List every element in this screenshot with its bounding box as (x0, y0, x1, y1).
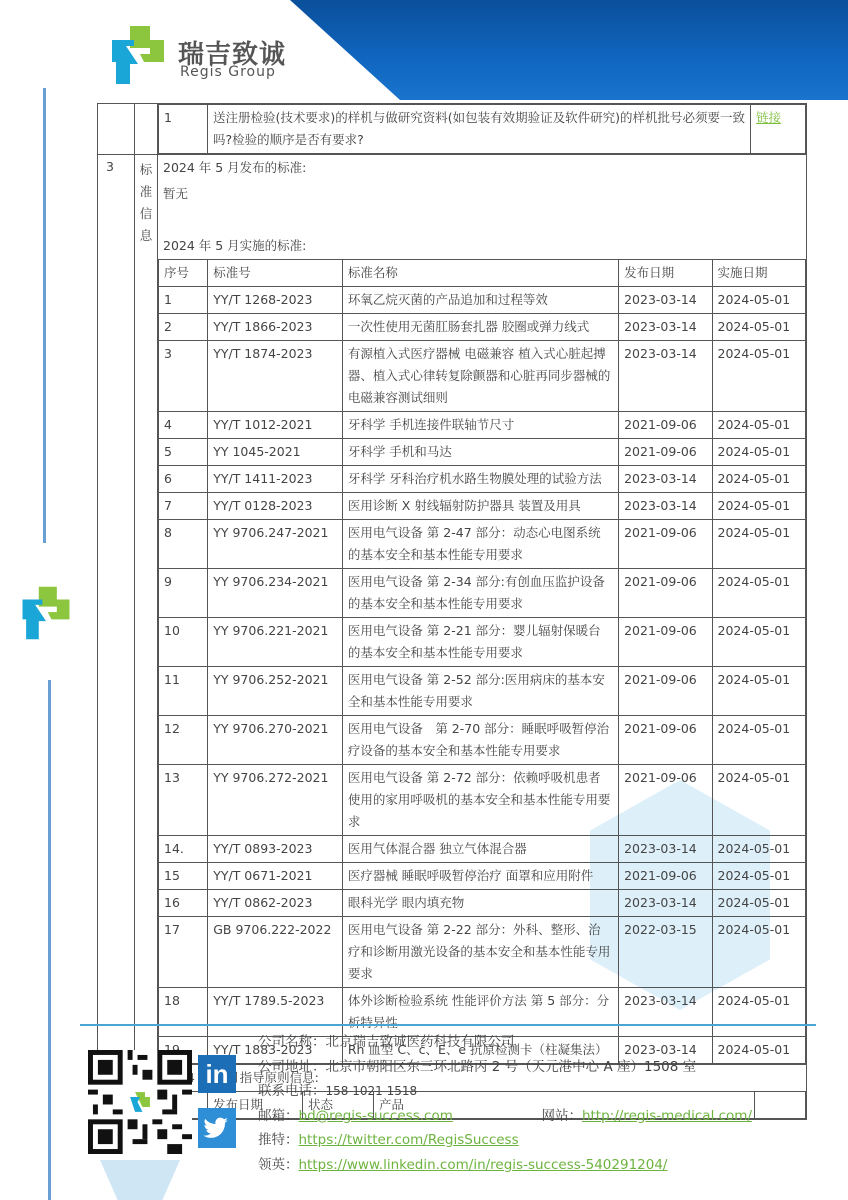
left-accent-line (48, 680, 51, 1200)
standard-name: 医用电气设备 第 2-21 部分：婴儿辐射保暖台的基本安全和基本性能专用要求 (342, 618, 618, 667)
twitter-icon[interactable] (198, 1108, 236, 1148)
standard-name: 医用电气设备 第 2-47 部分：动态心电图系统的基本安全和基本性能专用要求 (342, 520, 618, 569)
qa-table: 1 送注册检验(技术要求)的样机与做研究资料(如包装有效期验证及软件研究)的样机… (158, 104, 806, 154)
publish-date: 2021-09-06 (619, 412, 712, 439)
linkedin-link[interactable]: https://www.linkedin.com/in/regis-succes… (299, 1157, 668, 1173)
effective-date: 2024-05-01 (712, 341, 805, 412)
table-row: 6YY/T 1411-2023牙科学 牙科治疗机水路生物膜处理的试验方法2023… (159, 466, 806, 493)
effective-date: 2024-05-01 (712, 569, 805, 618)
standard-code: YY/T 1411-2023 (208, 466, 343, 493)
standard-index: 5 (159, 439, 208, 466)
standard-index: 2 (159, 314, 208, 341)
section-3-row: 3 标 准 信 息 2024 年 5 月发布的标准: 暂无 2024 年 5 月… (98, 155, 807, 1065)
qr-code-icon (88, 1050, 192, 1154)
email-website-row: 邮箱：bd@regis-success.com 网站：http://regis-… (258, 1104, 752, 1129)
standard-index: 11 (159, 667, 208, 716)
publish-date: 2021-09-06 (619, 667, 712, 716)
standards-table: 序号 标准号 标准名称 发布日期 实施日期 1YY/T 1268-2023环氧乙… (158, 259, 806, 1064)
published-heading: 2024 年 5 月发布的标准: (158, 155, 806, 181)
standard-name: 环氧乙烷灭菌的产品追加和过程等效 (342, 287, 618, 314)
section-number (98, 104, 135, 155)
standard-name: 牙科学 手机和马达 (342, 439, 618, 466)
table-row: 1YY/T 1268-2023环氧乙烷灭菌的产品追加和过程等效2023-03-1… (159, 287, 806, 314)
effective-date: 2024-05-01 (712, 765, 805, 836)
standard-name: 医疗器械 睡眠呼吸暂停治疗 面罩和应用附件 (342, 863, 618, 890)
footer-contact-info: 公司名称：北京瑞吉致诚医药科技有限公司 公司地址：北京市朝阳区东三环北路丙 2 … (258, 1030, 752, 1177)
standard-name: 医用电气设备 第 2-34 部分:有创血压监护设备的基本安全和基本性能专用要求 (342, 569, 618, 618)
standard-index: 12 (159, 716, 208, 765)
standard-index: 3 (159, 341, 208, 412)
table-row: 15YY/T 0671-2021医疗器械 睡眠呼吸暂停治疗 面罩和应用附件202… (159, 863, 806, 890)
col-header: 标准名称 (342, 260, 618, 287)
publish-date: 2021-09-06 (619, 520, 712, 569)
table-row: 14.YY/T 0893-2023医用气体混合器 独立气体混合器2023-03-… (159, 836, 806, 863)
section-number: 3 (98, 155, 135, 1065)
standard-name: 牙科学 手机连接件联轴节尺寸 (342, 412, 618, 439)
col-header: 序号 (159, 260, 208, 287)
table-row: 2YY/T 1866-2023一次性使用无菌肛肠套扎器 胶圈或弹力线式2023-… (159, 314, 806, 341)
standard-code: YY 9706.247-2021 (208, 520, 343, 569)
left-accent-line (43, 88, 46, 543)
standard-index: 18 (159, 988, 208, 1037)
twitter-row: 推特：https://twitter.com/RegisSuccess (258, 1128, 752, 1153)
standard-index: 13 (159, 765, 208, 836)
standard-index: 17 (159, 917, 208, 988)
standard-code: YY/T 1866-2023 (208, 314, 343, 341)
publish-date: 2021-09-06 (619, 716, 712, 765)
table-row: 9YY 9706.234-2021医用电气设备 第 2-34 部分:有创血压监护… (159, 569, 806, 618)
standard-index: 4 (159, 412, 208, 439)
company-name: 北京瑞吉致诚医药科技有限公司 (326, 1034, 515, 1050)
standard-index: 8 (159, 520, 208, 569)
standards-body: 1YY/T 1268-2023环氧乙烷灭菌的产品追加和过程等效2023-03-1… (159, 287, 806, 1064)
standard-name: 医用电气设备 第 2-22 部分：外科、整形、治疗和诊断用激光设备的基本安全和基… (342, 917, 618, 988)
section-category (135, 104, 158, 155)
effective-date: 2024-05-01 (712, 314, 805, 341)
standard-code: YY/T 1268-2023 (208, 287, 343, 314)
standard-code: YY/T 1874-2023 (208, 341, 343, 412)
footer-divider (80, 1024, 816, 1026)
standard-index: 14. (159, 836, 208, 863)
col-header: 发布日期 (619, 260, 712, 287)
publish-date: 2023-03-14 (619, 890, 712, 917)
qa-link[interactable]: 链接 (756, 110, 781, 125)
effective-date: 2024-05-01 (712, 466, 805, 493)
standard-index: 6 (159, 466, 208, 493)
standard-name: 医用电气设备 第 2-52 部分:医用病床的基本安全和基本性能专用要求 (342, 667, 618, 716)
linkedin-row: 领英：https://www.linkedin.com/in/regis-suc… (258, 1153, 752, 1178)
email-link[interactable]: bd@regis-success.com (299, 1108, 453, 1124)
standard-name: 医用电气设备 第 2-72 部分：依赖呼吸机患者使用的家用呼吸机的基本安全和基本… (342, 765, 618, 836)
standard-name: 牙科学 牙科治疗机水路生物膜处理的试验方法 (342, 466, 618, 493)
standard-code: YY 9706.270-2021 (208, 716, 343, 765)
standard-name: 眼科光学 眼内填充物 (342, 890, 618, 917)
regis-logo-icon (108, 24, 168, 86)
standard-name: 一次性使用无菌肛肠套扎器 胶圈或弹力线式 (342, 314, 618, 341)
effective-date: 2024-05-01 (712, 287, 805, 314)
table-row: 5YY 1045-2021牙科学 手机和马达2021-09-062024-05-… (159, 439, 806, 466)
effective-date: 2024-05-01 (712, 412, 805, 439)
publish-date: 2023-03-14 (619, 466, 712, 493)
table-header-row: 序号 标准号 标准名称 发布日期 实施日期 (159, 260, 806, 287)
table-row: 7YY/T 0128-2023医用诊断 X 射线辐射防护器具 装置及用具2023… (159, 493, 806, 520)
effective-date: 2024-05-01 (712, 618, 805, 667)
phone-row: 联系电话：158 1021 1518 (258, 1079, 752, 1104)
prev-section-row: 1 送注册检验(技术要求)的样机与做研究资料(如包装有效期验证及软件研究)的样机… (98, 104, 807, 155)
standard-code: YY/T 0671-2021 (208, 863, 343, 890)
col-header: 标准号 (208, 260, 343, 287)
publish-date: 2023-03-14 (619, 287, 712, 314)
standard-index: 16 (159, 890, 208, 917)
qa-index: 1 (159, 105, 208, 154)
effective-date: 2024-05-01 (712, 716, 805, 765)
published-none: 暂无 (158, 181, 806, 207)
standard-index: 1 (159, 287, 208, 314)
col-header: 实施日期 (712, 260, 805, 287)
publish-date: 2021-09-06 (619, 765, 712, 836)
publish-date: 2023-03-14 (619, 493, 712, 520)
standard-index: 7 (159, 493, 208, 520)
effective-date: 2024-05-01 (712, 667, 805, 716)
standard-code: YY 9706.272-2021 (208, 765, 343, 836)
table-row: 11YY 9706.252-2021医用电气设备 第 2-52 部分:医用病床的… (159, 667, 806, 716)
standard-code: YY/T 1012-2021 (208, 412, 343, 439)
standard-code: YY/T 0862-2023 (208, 890, 343, 917)
standard-name: 有源植入式医疗器械 电磁兼容 植入式心脏起搏器、植入式心律转复除颤器和心脏再同步… (342, 341, 618, 412)
website-link[interactable]: http://regis-medical.com/ (582, 1108, 752, 1124)
publish-date: 2023-03-14 (619, 314, 712, 341)
table-row: 17GB 9706.222-2022医用电气设备 第 2-22 部分：外科、整形… (159, 917, 806, 988)
twitter-link[interactable]: https://twitter.com/RegisSuccess (299, 1132, 519, 1148)
qr-decoration (100, 1160, 180, 1200)
standard-index: 9 (159, 569, 208, 618)
table-row: 13YY 9706.272-2021医用电气设备 第 2-72 部分：依赖呼吸机… (159, 765, 806, 836)
table-row: 4YY/T 1012-2021牙科学 手机连接件联轴节尺寸2021-09-062… (159, 412, 806, 439)
publish-date: 2021-09-06 (619, 618, 712, 667)
standard-name: 医用气体混合器 独立气体混合器 (342, 836, 618, 863)
standard-index: 15 (159, 863, 208, 890)
standard-index: 10 (159, 618, 208, 667)
company-address: 北京市朝阳区东三环北路丙 2 号（天元港中心 A 座）1508 室 (326, 1059, 697, 1075)
effective-date: 2024-05-01 (712, 863, 805, 890)
standard-code: YY/T 0893-2023 (208, 836, 343, 863)
standard-code: YY 1045-2021 (208, 439, 343, 466)
brand-name-en: Regis Group (180, 64, 276, 80)
effective-date: 2024-05-01 (712, 493, 805, 520)
effective-heading: 2024 年 5 月实施的标准: (158, 233, 806, 259)
publish-date: 2021-09-06 (619, 863, 712, 890)
effective-date: 2024-05-01 (712, 439, 805, 466)
standard-code: YY 9706.234-2021 (208, 569, 343, 618)
qa-question: 送注册检验(技术要求)的样机与做研究资料(如包装有效期验证及软件研究)的样机批号… (208, 105, 751, 154)
linkedin-icon[interactable]: in (198, 1055, 236, 1093)
standard-name: 医用电气设备 第 2-70 部分：睡眠呼吸暂停治疗设备的基本安全和基本性能专用要… (342, 716, 618, 765)
standard-code: YY 9706.221-2021 (208, 618, 343, 667)
publish-date: 2022-03-15 (619, 917, 712, 988)
effective-date: 2024-05-01 (712, 836, 805, 863)
effective-date: 2024-05-01 (712, 917, 805, 988)
section-category: 标 准 信 息 (135, 155, 158, 1065)
col-header (755, 1092, 806, 1119)
publish-date: 2023-03-14 (619, 836, 712, 863)
phone-number: 158 1021 1518 (326, 1084, 418, 1098)
standard-code: YY 9706.252-2021 (208, 667, 343, 716)
company-name-row: 公司名称：北京瑞吉致诚医药科技有限公司 (258, 1030, 752, 1055)
table-row: 3YY/T 1874-2023有源植入式医疗器械 电磁兼容 植入式心脏起搏器、植… (159, 341, 806, 412)
effective-date: 2024-05-01 (712, 890, 805, 917)
publish-date: 2023-03-14 (619, 341, 712, 412)
standard-code: YY/T 0128-2023 (208, 493, 343, 520)
effective-date: 2024-05-01 (712, 520, 805, 569)
publish-date: 2021-09-06 (619, 439, 712, 466)
info-table: 1 送注册检验(技术要求)的样机与做研究资料(如包装有效期验证及软件研究)的样机… (97, 103, 807, 1120)
table-row: 1 送注册检验(技术要求)的样机与做研究资料(如包装有效期验证及软件研究)的样机… (159, 105, 806, 154)
table-row: 12YY 9706.270-2021医用电气设备 第 2-70 部分：睡眠呼吸暂… (159, 716, 806, 765)
side-logo-icon (18, 585, 74, 641)
standard-code: GB 9706.222-2022 (208, 917, 343, 988)
publish-date: 2021-09-06 (619, 569, 712, 618)
table-row: 10YY 9706.221-2021医用电气设备 第 2-21 部分：婴儿辐射保… (159, 618, 806, 667)
standard-name: 医用诊断 X 射线辐射防护器具 装置及用具 (342, 493, 618, 520)
table-row: 8YY 9706.247-2021医用电气设备 第 2-47 部分：动态心电图系… (159, 520, 806, 569)
company-address-row: 公司地址：北京市朝阳区东三环北路丙 2 号（天元港中心 A 座）1508 室 (258, 1055, 752, 1080)
table-row: 16YY/T 0862-2023眼科光学 眼内填充物2023-03-142024… (159, 890, 806, 917)
